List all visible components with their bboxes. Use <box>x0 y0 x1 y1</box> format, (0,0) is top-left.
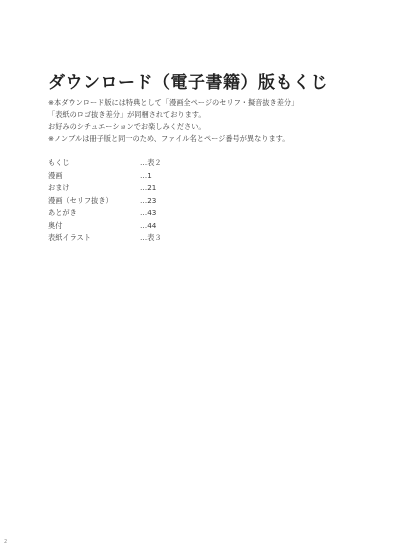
toc-entry-label: 漫画（セリフ抜き） <box>48 195 140 208</box>
toc-entry-page: …43 <box>140 207 200 220</box>
toc-entry-page: …表３ <box>140 232 200 245</box>
toc-entry: おまけ …21 <box>48 182 200 195</box>
toc-entry-page: …21 <box>140 182 200 195</box>
toc-entry: 奥付 …44 <box>48 220 200 233</box>
toc-entry-page: …44 <box>140 220 200 233</box>
toc-entry-label: 奥付 <box>48 220 140 233</box>
page-number: 2 <box>4 539 7 545</box>
note-line: 「表紙のロゴ抜き差分」が同梱されております。 <box>48 109 298 121</box>
toc-entry-label: もくじ <box>48 157 140 170</box>
toc-entry: 表紙イラスト …表３ <box>48 232 200 245</box>
table-of-contents: もくじ …表２ 漫画 …1 おまけ …21 漫画（セリフ抜き） …23 あとがき… <box>48 157 200 245</box>
toc-entry-label: 漫画 <box>48 170 140 183</box>
document-page: ダウンロード（電子書籍）版もくじ ※本ダウンロード版には特典として「漫画全ページ… <box>0 0 400 560</box>
toc-entry: 漫画 …1 <box>48 170 200 183</box>
toc-entry: もくじ …表２ <box>48 157 200 170</box>
note-line: お好みのシチュエーションでお楽しみください。 <box>48 121 298 133</box>
note-line: ※ノンブルは冊子版と同一のため、ファイル名とページ番号が異なります。 <box>48 133 298 145</box>
page-title: ダウンロード（電子書籍）版もくじ <box>48 68 328 93</box>
toc-entry: 漫画（セリフ抜き） …23 <box>48 195 200 208</box>
toc-entry-page: …23 <box>140 195 200 208</box>
notes-block: ※本ダウンロード版には特典として「漫画全ページのセリフ・擬音抜き差分」 「表紙の… <box>48 97 298 145</box>
toc-entry-page: …1 <box>140 170 200 183</box>
toc-entry-label: おまけ <box>48 182 140 195</box>
toc-entry-label: 表紙イラスト <box>48 232 140 245</box>
toc-entry-page: …表２ <box>140 157 200 170</box>
toc-entry: あとがき …43 <box>48 207 200 220</box>
toc-entry-label: あとがき <box>48 207 140 220</box>
note-line: ※本ダウンロード版には特典として「漫画全ページのセリフ・擬音抜き差分」 <box>48 97 298 109</box>
